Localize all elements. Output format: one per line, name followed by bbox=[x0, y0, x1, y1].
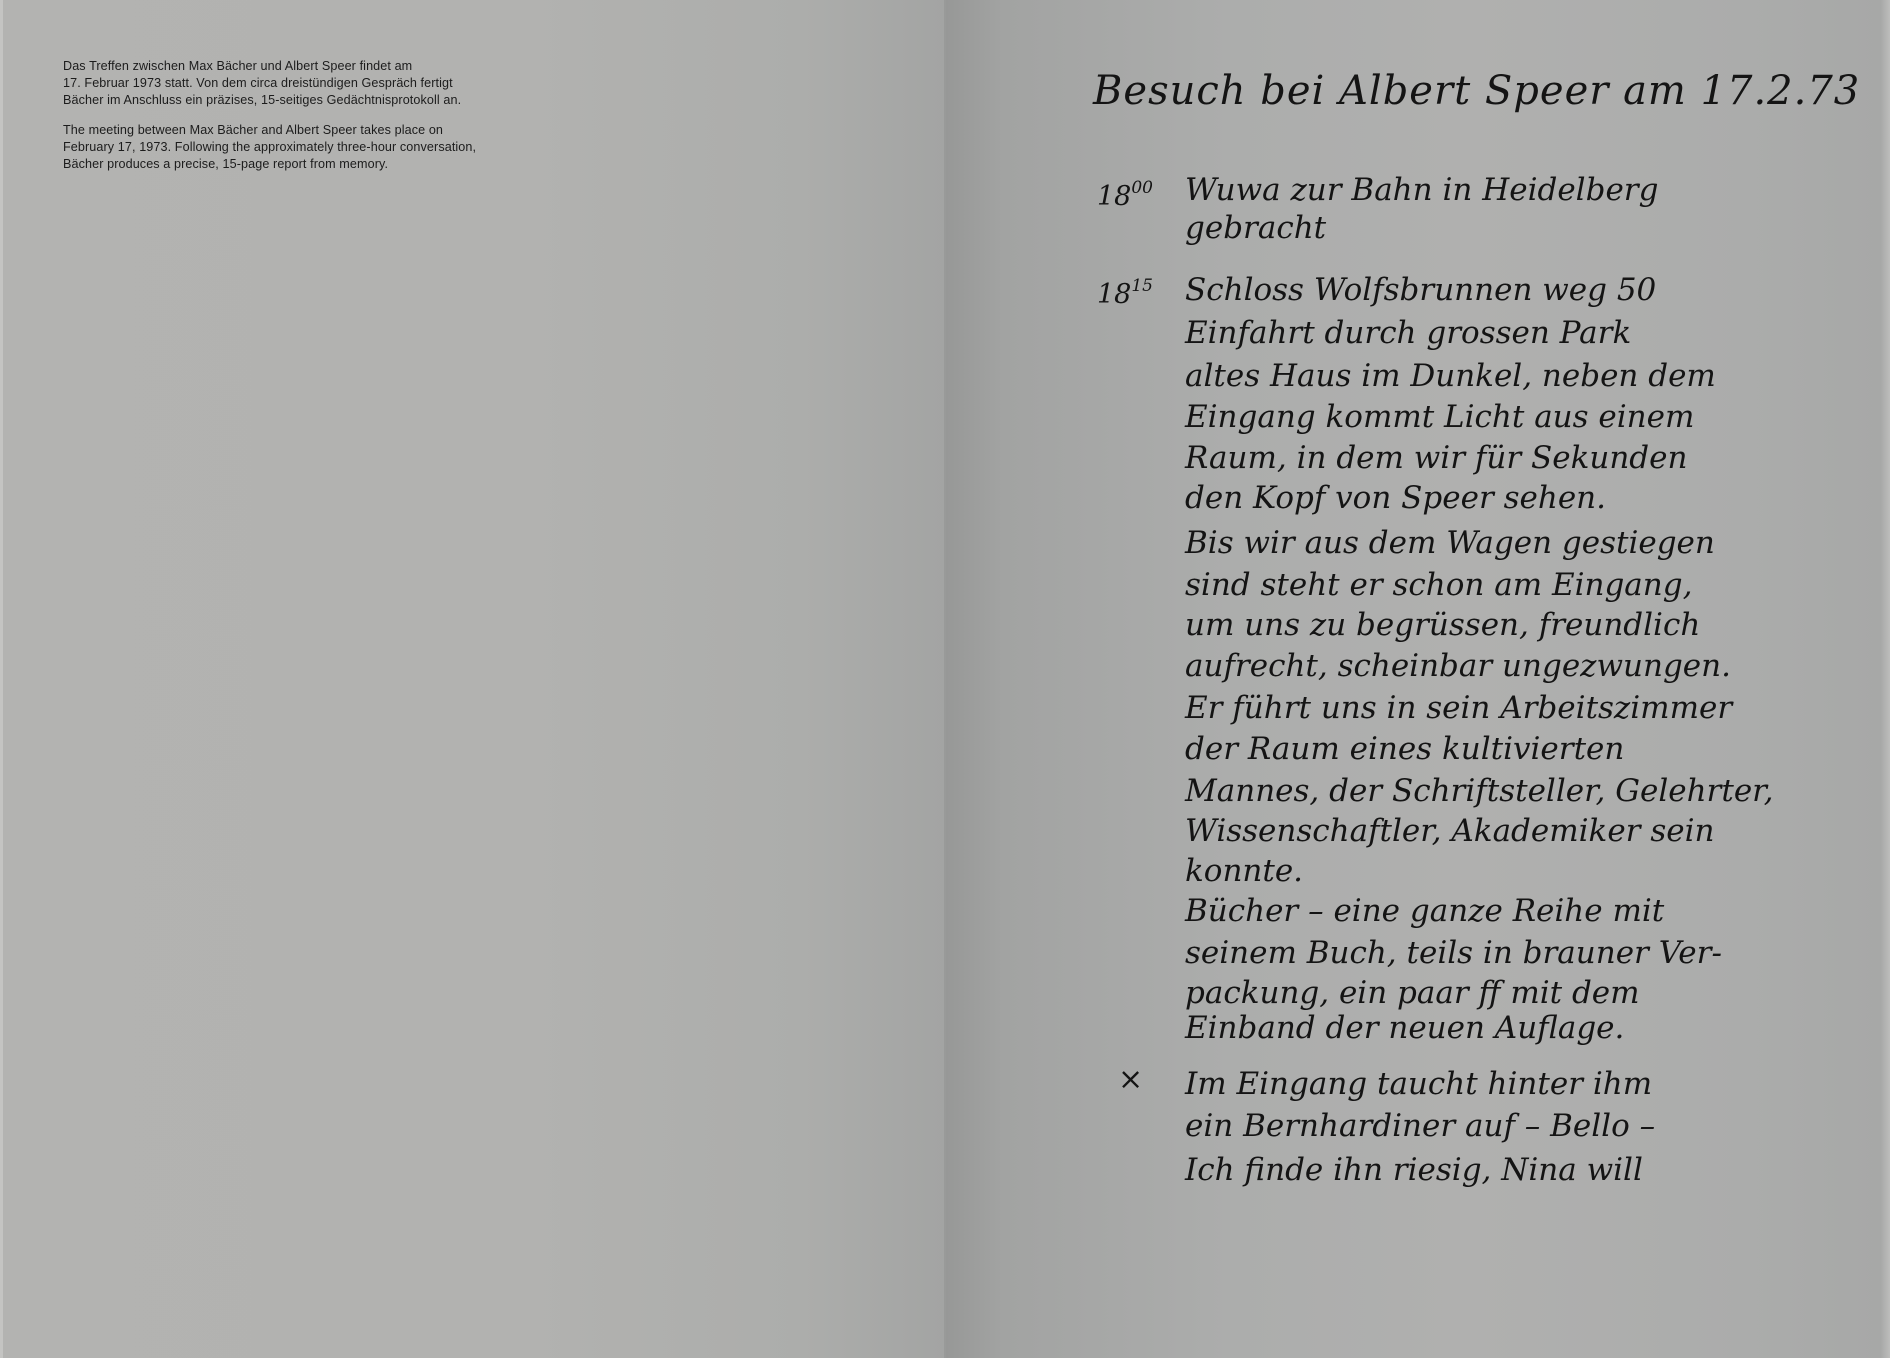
left-page: Das Treffen zwischen Max Bächer und Albe… bbox=[0, 0, 945, 1358]
handwritten-line: um uns zu begrüssen, freundlich bbox=[1185, 607, 1700, 643]
handwritten-line: Mannes, der Schriftsteller, Gelehrter, bbox=[1185, 773, 1773, 809]
caption-line: 17. Februar 1973 statt. Von dem circa dr… bbox=[63, 75, 583, 92]
handwritten-line: ein Bernhardiner auf – Bello – bbox=[1185, 1108, 1655, 1144]
caption-line: Bächer im Anschluss ein präzises, 15-sei… bbox=[63, 92, 583, 109]
book-spread: Das Treffen zwischen Max Bächer und Albe… bbox=[0, 0, 1890, 1358]
caption-line: The meeting between Max Bächer and Alber… bbox=[63, 122, 583, 139]
timestamp: 1815 bbox=[1097, 276, 1153, 310]
handwritten-line: Ich finde ihn riesig, Nina will bbox=[1185, 1152, 1643, 1188]
handwritten-line: Eingang kommt Licht aus einem bbox=[1185, 399, 1694, 435]
caption-line: February 17, 1973. Following the approxi… bbox=[63, 139, 583, 156]
handwritten-line: den Kopf von Speer sehen. bbox=[1185, 480, 1606, 516]
cross-marker-icon: × bbox=[1118, 1062, 1143, 1097]
handwritten-line: Raum, in dem wir für Sekunden bbox=[1185, 440, 1687, 476]
caption-line: Das Treffen zwischen Max Bächer und Albe… bbox=[63, 58, 583, 75]
handwritten-line: Wissenschaftler, Akademiker sein bbox=[1185, 813, 1714, 849]
handwritten-line: Er führt uns in sein Arbeitszimmer bbox=[1185, 690, 1732, 726]
handwritten-line: Einband der neuen Auflage. bbox=[1185, 1010, 1624, 1046]
handwritten-line: seinem Buch, teils in brauner Ver- bbox=[1185, 935, 1722, 971]
handwritten-line: aufrecht, scheinbar ungezwungen. bbox=[1185, 648, 1731, 684]
caption-english: The meeting between Max Bächer and Alber… bbox=[63, 122, 583, 174]
handwritten-line: Einfahrt durch grossen Park bbox=[1185, 315, 1631, 351]
handwritten-line: Bis wir aus dem Wagen gestiegen bbox=[1185, 525, 1715, 561]
handwritten-title: Besuch bei Albert Speer am 17.2.73 bbox=[1093, 68, 1860, 114]
handwritten-line: packung, ein paar ff mit dem bbox=[1185, 975, 1640, 1011]
handwritten-line: Bücher – eine ganze Reihe mit bbox=[1185, 893, 1664, 929]
handwritten-line: der Raum eines kultivierten bbox=[1185, 731, 1624, 767]
handwritten-line: Schloss Wolfsbrunnen weg 50 bbox=[1185, 272, 1656, 308]
handwritten-line: Wuwa zur Bahn in Heidelberg bbox=[1185, 172, 1658, 208]
handwritten-line: altes Haus im Dunkel, neben dem bbox=[1185, 358, 1716, 394]
caption: Das Treffen zwischen Max Bächer und Albe… bbox=[63, 58, 583, 185]
handwritten-line: gebracht bbox=[1185, 210, 1326, 246]
handwritten-line: sind steht er schon am Eingang, bbox=[1185, 567, 1692, 603]
handwritten-line: konnte. bbox=[1185, 853, 1303, 889]
caption-line: Bächer produces a precise, 15-page repor… bbox=[63, 156, 583, 173]
caption-german: Das Treffen zwischen Max Bächer und Albe… bbox=[63, 58, 583, 110]
handwritten-line: Im Eingang taucht hinter ihm bbox=[1185, 1066, 1652, 1102]
timestamp: 1800 bbox=[1097, 178, 1153, 212]
